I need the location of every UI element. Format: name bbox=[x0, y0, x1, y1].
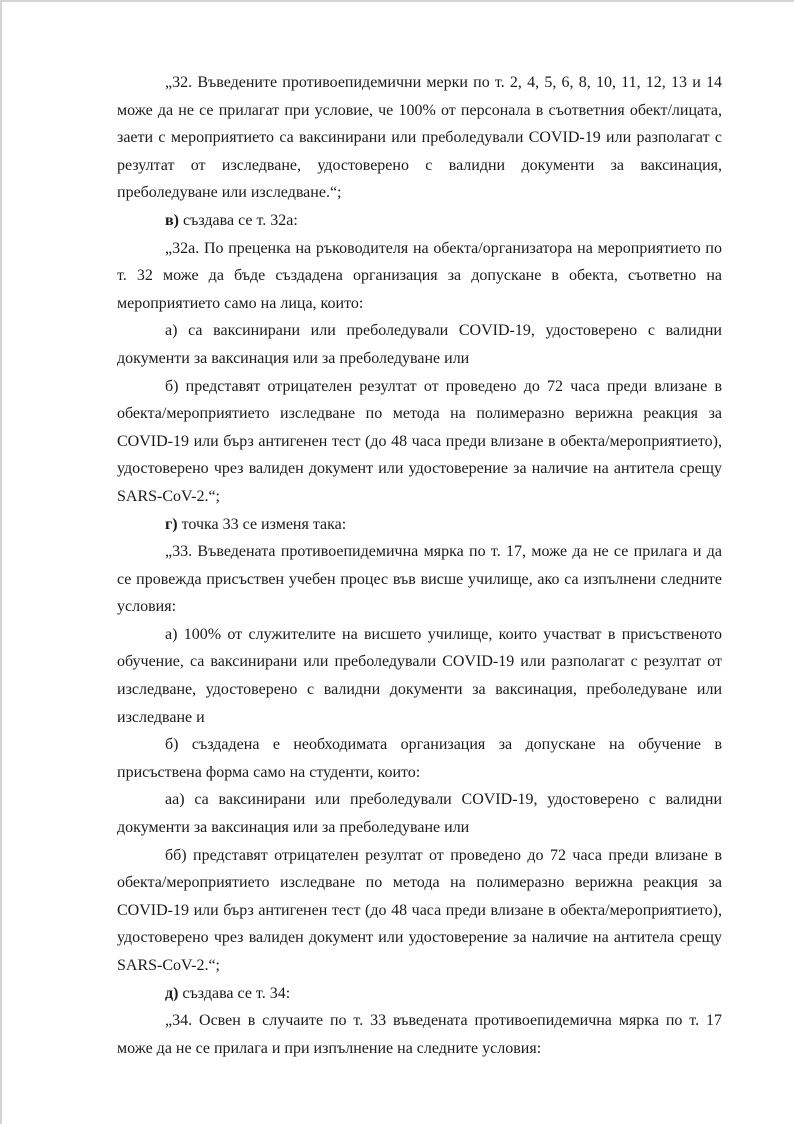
paragraph-item-33-b-bb: бб) представят отрицателен резултат от п… bbox=[117, 842, 722, 980]
paragraph-item-33-b-aa: аа) са ваксинирани или преболедували COV… bbox=[117, 786, 722, 841]
paragraph-text: бб) представят отрицателен резултат от п… bbox=[117, 847, 722, 974]
paragraph-item-32a-b: б) представят отрицателен резултат от пр… bbox=[117, 373, 722, 511]
amendment-heading-g: г) точка 33 се изменя така: bbox=[117, 511, 722, 539]
paragraph-text: б) създадена е необходимата организация … bbox=[117, 736, 722, 781]
paragraph-item-32a: „32а. По преценка на ръководителя на обе… bbox=[117, 235, 722, 318]
paragraph-text: а) са ваксинирани или преболедували COVI… bbox=[117, 322, 722, 367]
amendment-letter: г) bbox=[165, 516, 178, 533]
paragraph-text: създава се т. 34: bbox=[178, 985, 290, 1002]
paragraph-text: създава се т. 32а: bbox=[179, 212, 298, 229]
paragraph-item-33-b: б) създадена е необходимата организация … bbox=[117, 731, 722, 786]
paragraph-text: „32а. По преценка на ръководителя на обе… bbox=[117, 240, 722, 312]
paragraph-text: а) 100% от служителите на висшето училищ… bbox=[117, 626, 722, 726]
paragraph-text: точка 33 се изменя така: bbox=[178, 516, 347, 533]
document-body: „32. Въведените противоепидемични мерки … bbox=[117, 69, 722, 1062]
paragraph-item-32a-a: а) са ваксинирани или преболедували COVI… bbox=[117, 317, 722, 372]
paragraph-item-34: „34. Освен в случаите по т. 33 въведенат… bbox=[117, 1007, 722, 1062]
paragraph-text: „32. Въведените противоепидемични мерки … bbox=[117, 74, 722, 201]
paragraph-text: б) представят отрицателен резултат от пр… bbox=[117, 378, 722, 505]
amendment-heading-v: в) създава се т. 32а: bbox=[117, 207, 722, 235]
paragraph-text: аа) са ваксинирани или преболедували COV… bbox=[117, 791, 722, 836]
paragraph-item-32: „32. Въведените противоепидемични мерки … bbox=[117, 69, 722, 207]
paragraph-item-33: „33. Въведената противоепидемична мярка … bbox=[117, 538, 722, 621]
paragraph-item-33-a: а) 100% от служителите на висшето училищ… bbox=[117, 621, 722, 731]
document-page: „32. Въведените противоепидемични мерки … bbox=[0, 0, 794, 1124]
paragraph-text: „33. Въведената противоепидемична мярка … bbox=[117, 543, 722, 615]
amendment-letter: д) bbox=[165, 985, 178, 1002]
amendment-letter: в) bbox=[165, 212, 179, 229]
paragraph-text: „34. Освен в случаите по т. 33 въведенат… bbox=[117, 1012, 722, 1057]
amendment-heading-d: д) създава се т. 34: bbox=[117, 980, 722, 1008]
